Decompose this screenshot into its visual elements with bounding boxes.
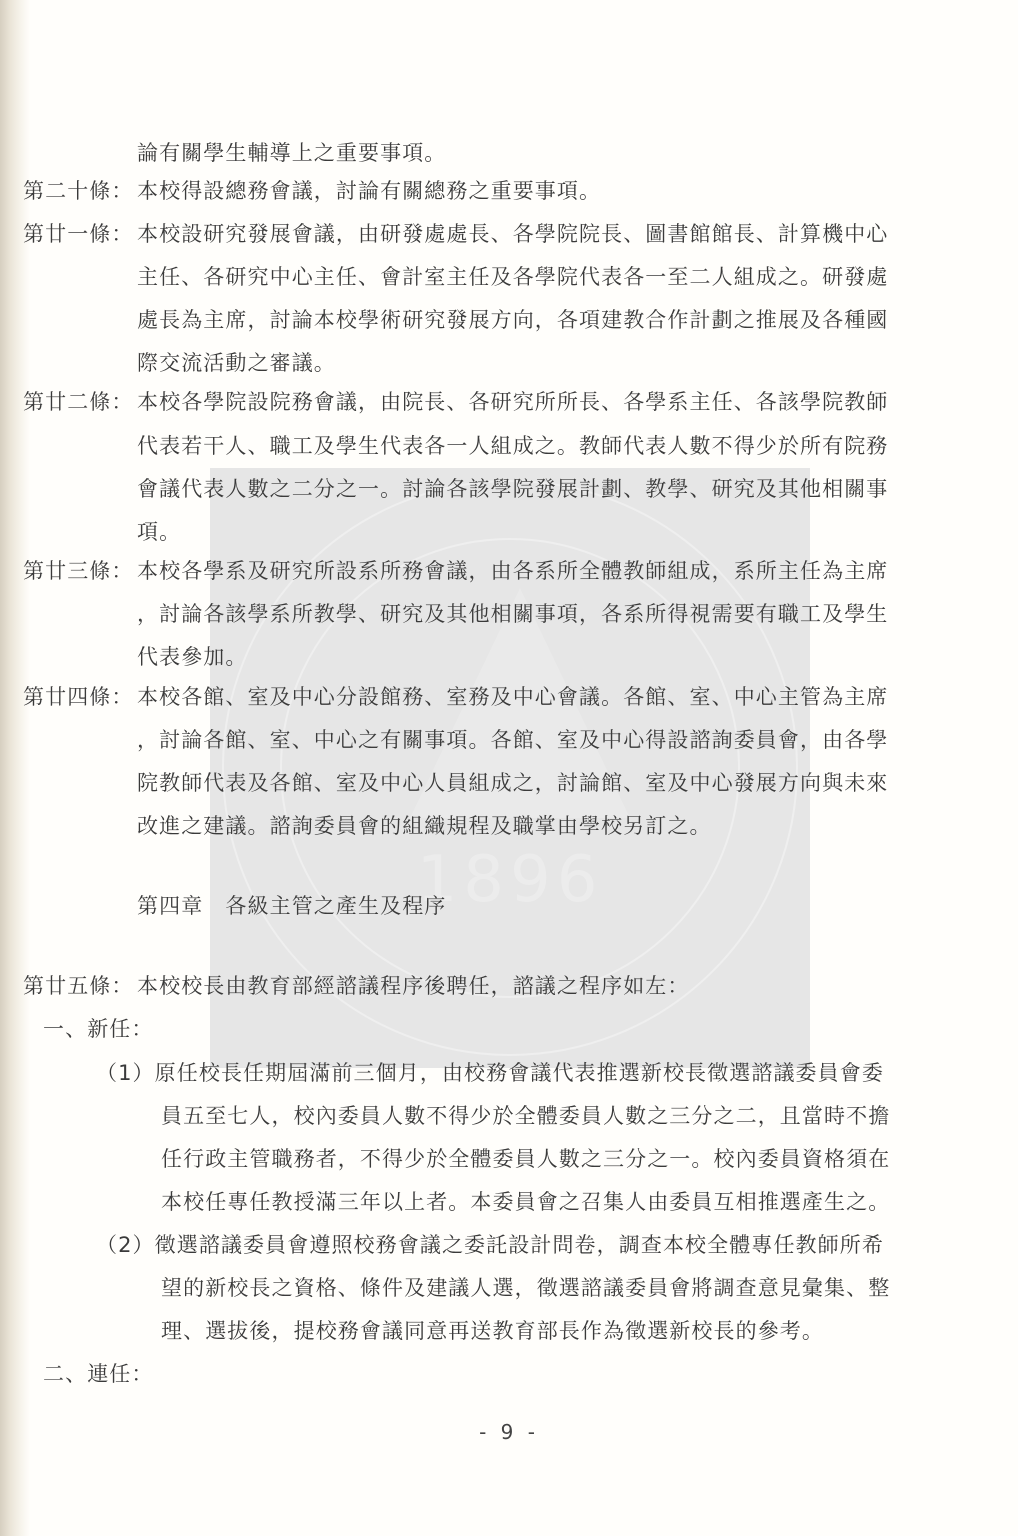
page-number: - 9 - (0, 1420, 1018, 1444)
article-number-label: 第廿三條： (23, 558, 134, 584)
article-number-label: 第廿五條： (23, 973, 134, 999)
text-line: 際交流活動之審議。 (137, 350, 336, 376)
text-line: 任行政主管職務者，不得少於全體委員人數之三分之一。校內委員資格須在 (161, 1146, 890, 1172)
text-line: ，討論各該學系所教學、研究及其他相關事項，各系所得視需要有職工及學生 (137, 601, 888, 627)
text-line: 本校各學系及研究所設系所務會議，由各系所全體教師組成，系所主任為主席 (137, 558, 888, 584)
text-line: ，討論各館、室、中心之有關事項。各館、室及中心得設諮詢委員會，由各學 (137, 727, 888, 753)
text-line: 本校校長由教育部經諮議程序後聘任，諮議之程序如左： (137, 973, 690, 999)
text-line: 一、新任： (43, 1016, 154, 1042)
text-line: （1）原任校長任期屆滿前三個月，由校務會議代表推選新校長徵選諮議委員會委 (96, 1060, 884, 1086)
text-line: 項。 (137, 519, 181, 545)
text-line: 院教師代表及各館、室及中心人員組成之，討論館、室及中心發展方向與未來 (137, 770, 888, 796)
text-line: 論有關學生輔導上之重要事項。 (137, 140, 446, 166)
text-line: 員五至七人，校內委員人數不得少於全體委員人數之三分之二，且當時不擔 (161, 1103, 890, 1129)
text-line: 本校設研究發展會議，由研發處處長、各學院院長、圖書館館長、計算機中心 (137, 221, 888, 247)
text-line: 改進之建議。諮詢委員會的組織規程及職掌由學校另訂之。 (137, 813, 712, 839)
text-line: 代表參加。 (137, 644, 248, 670)
text-line: 主任、各研究中心主任、會計室主任及各學院代表各一至二人組成之。研發處 (137, 264, 888, 290)
article-number-label: 第二十條： (23, 178, 134, 204)
text-line: 本校任專任教授滿三年以上者。本委員會之召集人由委員互相推選產生之。 (161, 1189, 890, 1215)
text-line: （2）徵選諮議委員會遵照校務會議之委託設計問卷，調查本校全體專任教師所希 (96, 1232, 884, 1258)
article-number-label: 第廿二條： (23, 389, 134, 415)
text-line: 本校各館、室及中心分設館務、室務及中心會議。各館、室、中心主管為主席 (137, 684, 888, 710)
text-line: 處長為主席，討論本校學術研究發展方向，各項建教合作計劃之推展及各種國 (137, 307, 888, 333)
text-line: 二、連任： (43, 1361, 154, 1387)
text-line: 代表若干人、職工及學生代表各一人組成之。教師代表人數不得少於所有院務 (137, 433, 888, 459)
chapter-heading: 第四章 各級主管之產生及程序 (137, 893, 446, 919)
article-number-label: 第廿四條： (23, 684, 134, 710)
text-line: 理、選拔後，提校務會議同意再送教育部長作為徵選新校長的參考。 (161, 1318, 824, 1344)
article-number-label: 第廿一條： (23, 221, 134, 247)
text-line: 會議代表人數之二分之一。討論各該學院發展計劃、教學、研究及其他相關事 (137, 476, 888, 502)
text-line: 望的新校長之資格、條件及建議人選，徵選諮議委員會將調查意見彙集、整 (161, 1275, 890, 1301)
text-line: 本校得設總務會議，討論有關總務之重要事項。 (137, 178, 601, 204)
text-line: 本校各學院設院務會議，由院長、各研究所所長、各學系主任、各該學院教師 (137, 389, 888, 415)
